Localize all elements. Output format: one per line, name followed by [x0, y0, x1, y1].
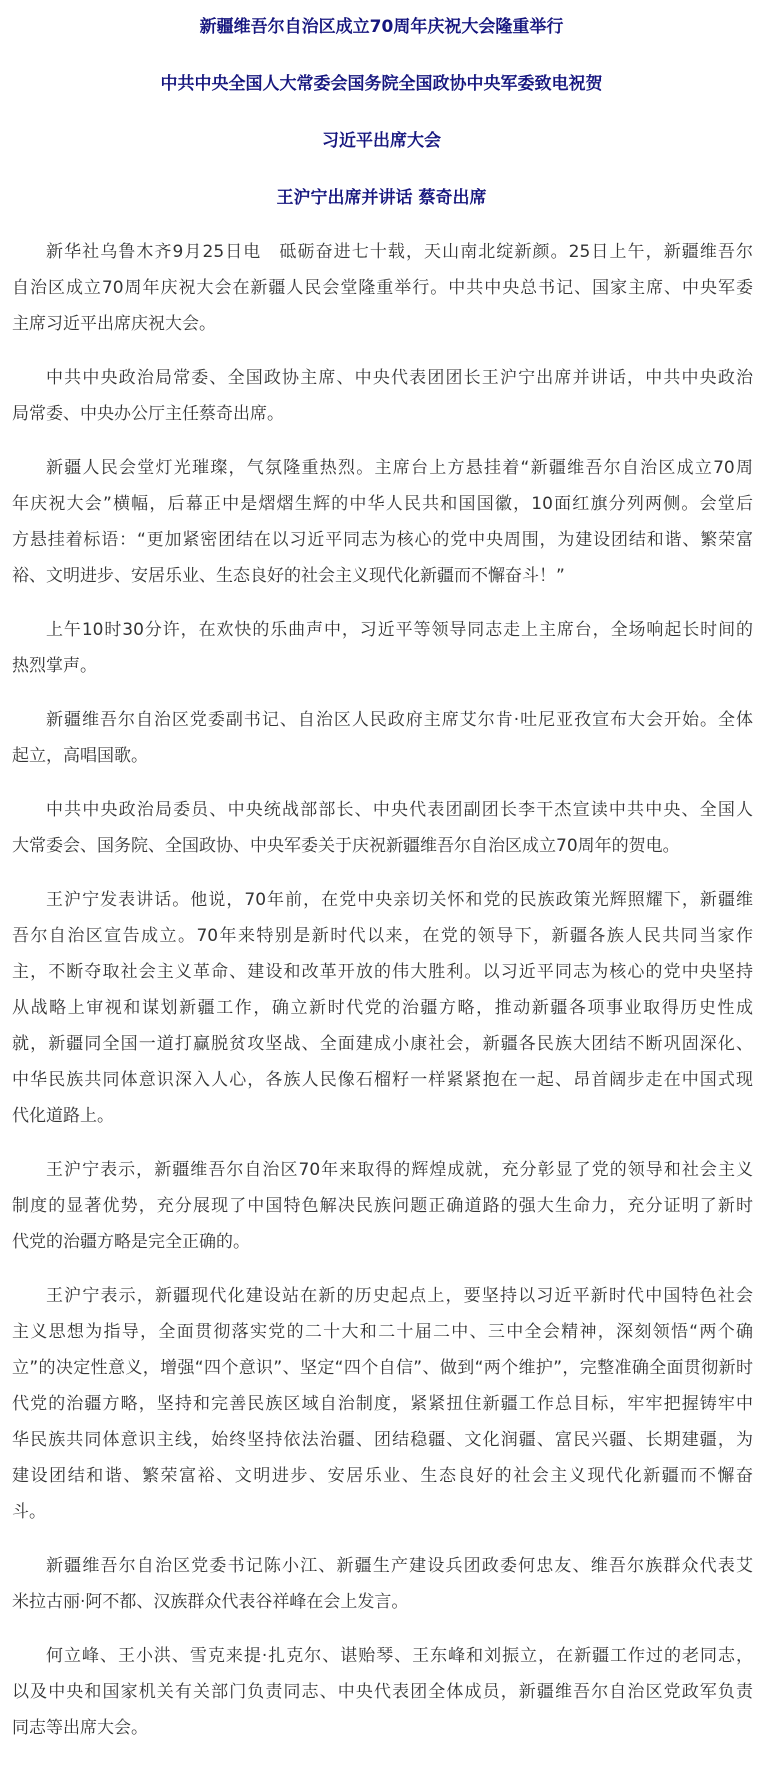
article-paragraph: 新华社乌鲁木齐9月25日电 砥砺奋进七十载，天山南北绽新颜。25日上午，新疆维吾… [12, 234, 753, 342]
subheadline-xi-attends: 习近平出席大会 [0, 126, 763, 156]
article-paragraph: 王沪宁表示，新疆现代化建设站在新的历史起点上，要坚持以习近平新时代中国特色社会主… [12, 1278, 753, 1530]
paragraph-line: 方悬挂着标语：“更加紧密团结在以习近平同志为核心的党中央周围，为建设团结和谐、繁… [12, 522, 753, 558]
paragraph-line: 新疆维吾尔自治区党委副书记、自治区人民政府主席艾尔肯·吐尼亚孜宣布大会开始。全体 [12, 702, 753, 738]
paragraph-line: 同志等出席大会。 [12, 1710, 753, 1746]
paragraph-line: 自治区成立70周年庆祝大会在新疆人民会堂隆重举行。中共中央总书记、国家主席、中央… [12, 270, 753, 306]
article-paragraph: 新疆人民会堂灯光璀璨，气氛隆重热烈。主席台上方悬挂着“新疆维吾尔自治区成立70周… [12, 450, 753, 594]
paragraph-line: 起立，高唱国歌。 [12, 738, 753, 774]
paragraph-line: 裕、文明进步、安居乐业、生态良好的社会主义现代化新疆而不懈奋斗！” [12, 558, 753, 594]
headline-group: 新疆维吾尔自治区成立70周年庆祝大会隆重举行 中共中央全国人大常委会国务院全国政… [0, 0, 763, 213]
paragraph-line: 热烈掌声。 [12, 648, 753, 684]
article-paragraph: 中共中央政治局委员、中央统战部部长、中央代表团副团长李干杰宣读中共中央、全国人大… [12, 792, 753, 864]
paragraph-line: 代化道路上。 [12, 1098, 753, 1134]
paragraph-line: 吾尔自治区宣告成立。70年来特别是新时代以来，在党的领导下，新疆各族人民共同当家… [12, 918, 753, 954]
paragraph-line: 新疆维吾尔自治区党委书记陈小江、新疆生产建设兵团政委何忠友、维吾尔族群众代表艾 [12, 1548, 753, 1584]
main-headline: 新疆维吾尔自治区成立70周年庆祝大会隆重举行 [0, 12, 763, 42]
paragraph-line: 华民族共同体意识主线，始终坚持依法治疆、团结稳疆、文化润疆、富民兴疆、长期建疆，… [12, 1422, 753, 1458]
article-paragraph: 中共中央政治局常委、全国政协主席、中央代表团团长王沪宁出席并讲话，中共中央政治局… [12, 360, 753, 432]
article-paragraph: 王沪宁发表讲话。他说，70年前，在党中央亲切关怀和党的民族政策光辉照耀下，新疆维… [12, 882, 753, 1134]
article-body: 新华社乌鲁木齐9月25日电 砥砺奋进七十载，天山南北绽新颜。25日上午，新疆维吾… [12, 234, 753, 1764]
news-article: 新疆维吾尔自治区成立70周年庆祝大会隆重举行 中共中央全国人大常委会国务院全国政… [0, 0, 763, 213]
paragraph-line: 中共中央政治局常委、全国政协主席、中央代表团团长王沪宁出席并讲话，中共中央政治 [12, 360, 753, 396]
subheadline-wang-speech: 王沪宁出席并讲话 蔡奇出席 [0, 183, 763, 213]
paragraph-line: 王沪宁表示，新疆现代化建设站在新的历史起点上，要坚持以习近平新时代中国特色社会 [12, 1278, 753, 1314]
paragraph-line: 王沪宁发表讲话。他说，70年前，在党中央亲切关怀和党的民族政策光辉照耀下，新疆维 [12, 882, 753, 918]
paragraph-line: 中共中央政治局委员、中央统战部部长、中央代表团副团长李干杰宣读中共中央、全国人 [12, 792, 753, 828]
paragraph-line: 中华民族共同体意识深入人心，各族人民像石榴籽一样紧紧抱在一起、昂首阔步走在中国式… [12, 1062, 753, 1098]
paragraph-line: 建设团结和谐、繁荣富裕、文明进步、安居乐业、生态良好的社会主义现代化新疆而不懈奋 [12, 1458, 753, 1494]
paragraph-line: 新华社乌鲁木齐9月25日电 砥砺奋进七十载，天山南北绽新颜。25日上午，新疆维吾… [12, 234, 753, 270]
paragraph-line: 主席习近平出席庆祝大会。 [12, 306, 753, 342]
paragraph-line: 斗。 [12, 1494, 753, 1530]
paragraph-line: 代党的治疆方略，坚持和完善民族区域自治制度，紧紧扭住新疆工作总目标，牢牢把握铸牢… [12, 1386, 753, 1422]
paragraph-line: 何立峰、王小洪、雪克来提·扎克尔、谌贻琴、王东峰和刘振立，在新疆工作过的老同志， [12, 1638, 753, 1674]
paragraph-line: 大常委会、国务院、全国政协、中央军委关于庆祝新疆维吾尔自治区成立70周年的贺电。 [12, 828, 753, 864]
subheadline-congratulations: 中共中央全国人大常委会国务院全国政协中央军委致电祝贺 [0, 69, 763, 99]
paragraph-line: 王沪宁表示，新疆维吾尔自治区70年来取得的辉煌成就，充分彰显了党的领导和社会主义 [12, 1152, 753, 1188]
paragraph-line: 以及中央和国家机关有关部门负责同志、中央代表团全体成员，新疆维吾尔自治区党政军负… [12, 1674, 753, 1710]
article-paragraph: 新疆维吾尔自治区党委副书记、自治区人民政府主席艾尔肯·吐尼亚孜宣布大会开始。全体… [12, 702, 753, 774]
paragraph-line: 年庆祝大会”横幅，后幕正中是熠熠生辉的中华人民共和国国徽，10面红旗分列两侧。会… [12, 486, 753, 522]
paragraph-line: 米拉古丽·阿不都、汉族群众代表谷祥峰在会上发言。 [12, 1584, 753, 1620]
article-paragraph: 上午10时30分许，在欢快的乐曲声中，习近平等领导同志走上主席台，全场响起长时间… [12, 612, 753, 684]
paragraph-line: 主，不断夺取社会主义革命、建设和改革开放的伟大胜利。以习近平同志为核心的党中央坚… [12, 954, 753, 990]
paragraph-line: 从战略上审视和谋划新疆工作，确立新时代党的治疆方略，推动新疆各项事业取得历史性成 [12, 990, 753, 1026]
paragraph-line: 局常委、中央办公厅主任蔡奇出席。 [12, 396, 753, 432]
article-paragraph: 何立峰、王小洪、雪克来提·扎克尔、谌贻琴、王东峰和刘振立，在新疆工作过的老同志，… [12, 1638, 753, 1746]
paragraph-line: 立”的决定性意义，增强“四个意识”、坚定“四个自信”、做到“两个维护”，完整准确… [12, 1350, 753, 1386]
paragraph-line: 上午10时30分许，在欢快的乐曲声中，习近平等领导同志走上主席台，全场响起长时间… [12, 612, 753, 648]
paragraph-line: 代党的治疆方略是完全正确的。 [12, 1224, 753, 1260]
paragraph-line: 制度的显著优势，充分展现了中国特色解决民族问题正确道路的强大生命力，充分证明了新… [12, 1188, 753, 1224]
paragraph-line: 就，新疆同全国一道打赢脱贫攻坚战、全面建成小康社会，新疆各民族大团结不断巩固深化… [12, 1026, 753, 1062]
paragraph-line: 新疆人民会堂灯光璀璨，气氛隆重热烈。主席台上方悬挂着“新疆维吾尔自治区成立70周 [12, 450, 753, 486]
paragraph-line: 主义思想为指导，全面贯彻落实党的二十大和二十届二中、三中全会精神，深刻领悟“两个… [12, 1314, 753, 1350]
article-paragraph: 王沪宁表示，新疆维吾尔自治区70年来取得的辉煌成就，充分彰显了党的领导和社会主义… [12, 1152, 753, 1260]
article-paragraph: 新疆维吾尔自治区党委书记陈小江、新疆生产建设兵团政委何忠友、维吾尔族群众代表艾米… [12, 1548, 753, 1620]
